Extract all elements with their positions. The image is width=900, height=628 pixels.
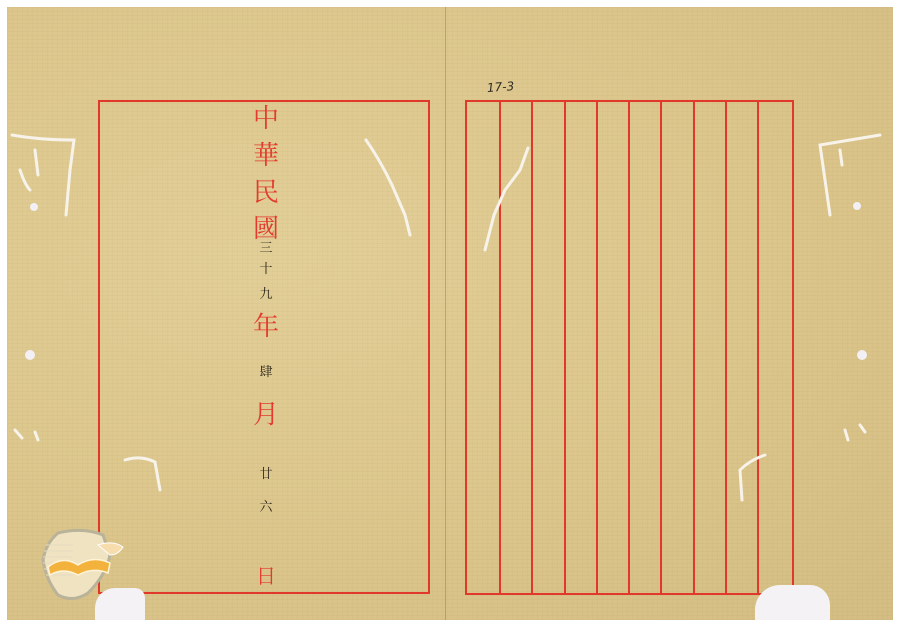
archive-logo-icon [28, 525, 128, 605]
torn-corner-right [755, 585, 830, 620]
paper-damage-cracks [0, 0, 900, 628]
